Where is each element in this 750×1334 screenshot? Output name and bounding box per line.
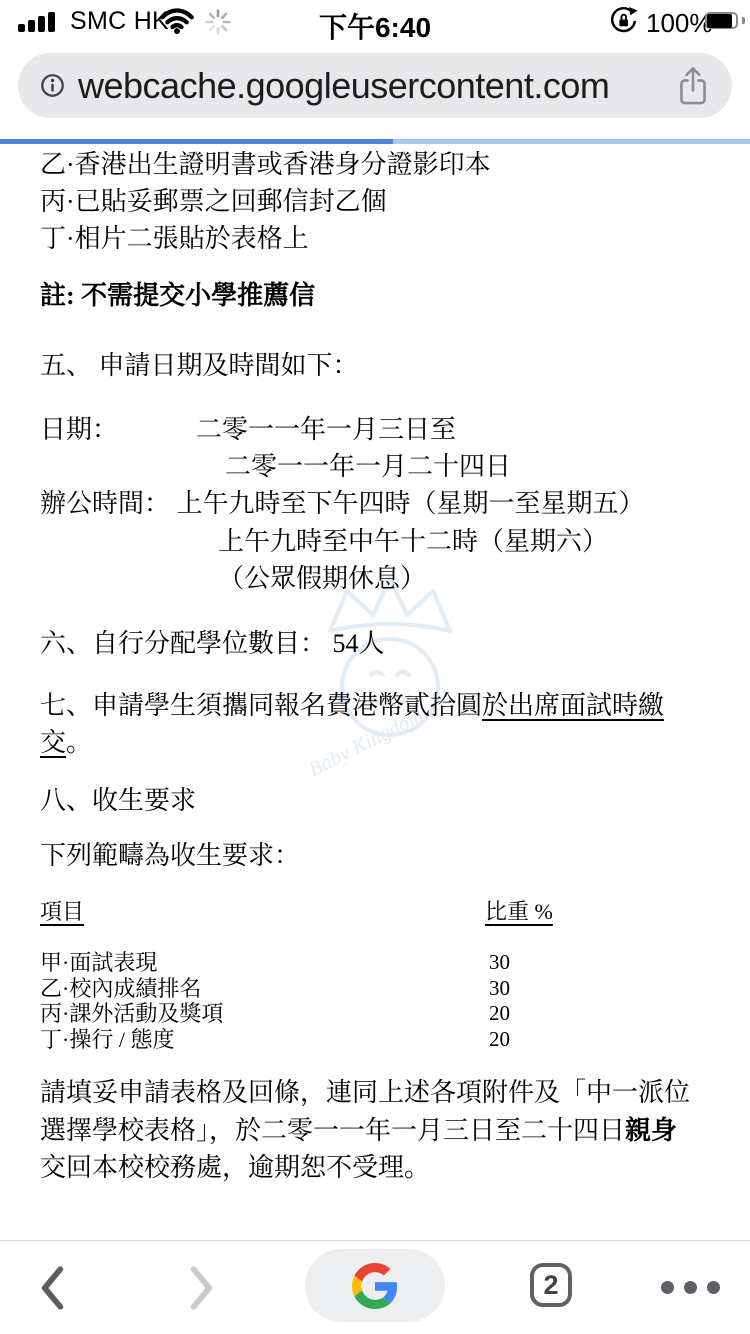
doc-section5-heading: 五、 申請日期及時間如下： xyxy=(40,351,359,381)
back-icon[interactable] xyxy=(36,1265,68,1311)
criteria-row-item: 丁·操行 / 態度 xyxy=(40,1027,174,1052)
doc-closing-line2-bold: 親身 xyxy=(625,1116,677,1145)
battery-icon xyxy=(705,12,741,30)
doc-note: 註: 不需提交小學推薦信 xyxy=(40,281,315,311)
doc-criteria-intro: 下列範疇為收生要求： xyxy=(40,841,300,871)
page-info-icon[interactable] xyxy=(40,73,65,98)
forward-icon[interactable] xyxy=(186,1265,218,1311)
criteria-row-item: 丙·課外活動及獎項 xyxy=(40,1001,223,1026)
battery-percentage-label: 100% xyxy=(646,8,713,39)
doc-attachment-item-d: 丁·相片二張貼於表格上 xyxy=(40,224,309,254)
criteria-row-weight: 30 xyxy=(489,950,510,975)
doc-attachment-item-b: 乙·香港出生證明書或香港身分證影印本 xyxy=(40,150,491,180)
url-domain-text[interactable]: webcache.googleusercontent.com xyxy=(78,65,609,107)
doc-section7-normal: 七、申請學生須攜同報名費港幣貳拾圓 xyxy=(40,691,482,720)
tab-count-label: 2 xyxy=(543,1270,558,1301)
doc-date-value2: 二零一一年一月二十四日 xyxy=(225,452,511,482)
phone-screen: SMC HK 下午6:40 100% xyxy=(0,0,750,1334)
criteria-row-weight: 20 xyxy=(489,1001,510,1026)
doc-attachment-item-c: 丙·已貼妥郵票之回郵信封乙個 xyxy=(40,187,387,217)
criteria-row-weight: 30 xyxy=(489,976,510,1001)
doc-date-line1: 日期： 二零一一年一月三日至 xyxy=(40,415,118,445)
doc-closing-line2: 選擇學校表格」，於二零一一年一月三日至二十四日親身 xyxy=(40,1116,677,1146)
doc-date-label: 日期： xyxy=(40,415,118,444)
criteria-table-row: 甲·面試表現 30 xyxy=(40,950,157,975)
google-g-icon xyxy=(352,1263,398,1309)
doc-section7-underlined: 於出席面試時繳 xyxy=(482,691,664,720)
criteria-header-weight: 比重 % xyxy=(485,899,553,924)
status-bar: SMC HK 下午6:40 100% xyxy=(0,0,750,50)
criteria-row-item: 乙·校內成績排名 xyxy=(40,976,201,1001)
criteria-table-row: 丁·操行 / 態度 20 xyxy=(40,1027,174,1052)
google-search-button[interactable] xyxy=(305,1249,445,1322)
doc-date-value1: 二零一一年一月三日至 xyxy=(196,415,456,445)
doc-section8-heading: 八、收生要求 xyxy=(40,786,196,816)
doc-hours-line1: 辦公時間： 上午九時至下午四時（星期一至星期五） xyxy=(40,489,645,519)
doc-section7-line1: 七、申請學生須攜同報名費港幣貳拾圓於出席面試時繳 xyxy=(40,691,664,721)
url-bar[interactable]: webcache.googleusercontent.com xyxy=(18,53,732,118)
overflow-menu-icon[interactable] xyxy=(661,1281,720,1294)
doc-closing-line3: 交回本校校務處，逾期恕不受理。 xyxy=(40,1153,430,1183)
criteria-row-item: 甲·面試表現 xyxy=(40,950,157,975)
doc-section6: 六、自行分配學位數目： 54人 xyxy=(40,629,385,659)
doc-hours-value2: 上午九時至中午十二時（星期六） xyxy=(218,527,608,557)
share-icon[interactable] xyxy=(676,64,710,108)
criteria-table-header-row: 項目 比重 % xyxy=(40,899,84,924)
doc-section7-line2-underlined: 交 xyxy=(40,728,66,757)
doc-hours-value3: （公眾假期休息） xyxy=(218,564,426,594)
doc-section7-line2: 交。 xyxy=(40,728,92,758)
orientation-lock-icon xyxy=(609,6,638,35)
criteria-header-item: 項目 xyxy=(40,899,84,924)
criteria-table-row: 乙·校內成績排名 30 xyxy=(40,976,201,1001)
tab-switcher-button[interactable]: 2 xyxy=(530,1263,572,1307)
criteria-row-weight: 20 xyxy=(489,1027,510,1052)
doc-section7-line2-end: 。 xyxy=(66,728,92,757)
criteria-table-row: 丙·課外活動及獎項 20 xyxy=(40,1001,223,1026)
baby-kingdom-watermark: Baby Kingdom xyxy=(295,569,480,794)
web-page-content: Baby Kingdom 乙·香港出生證明書或香港身分證影印本 丙·已貼妥郵票之… xyxy=(0,144,750,1240)
doc-closing-line2-normal: 選擇學校表格」，於二零一一年一月三日至二十四日 xyxy=(40,1116,625,1145)
doc-closing-line1: 請填妥申請表格及回條，連同上述各項附件及「中一派位 xyxy=(40,1078,690,1108)
browser-toolbar: 2 xyxy=(0,1240,750,1334)
